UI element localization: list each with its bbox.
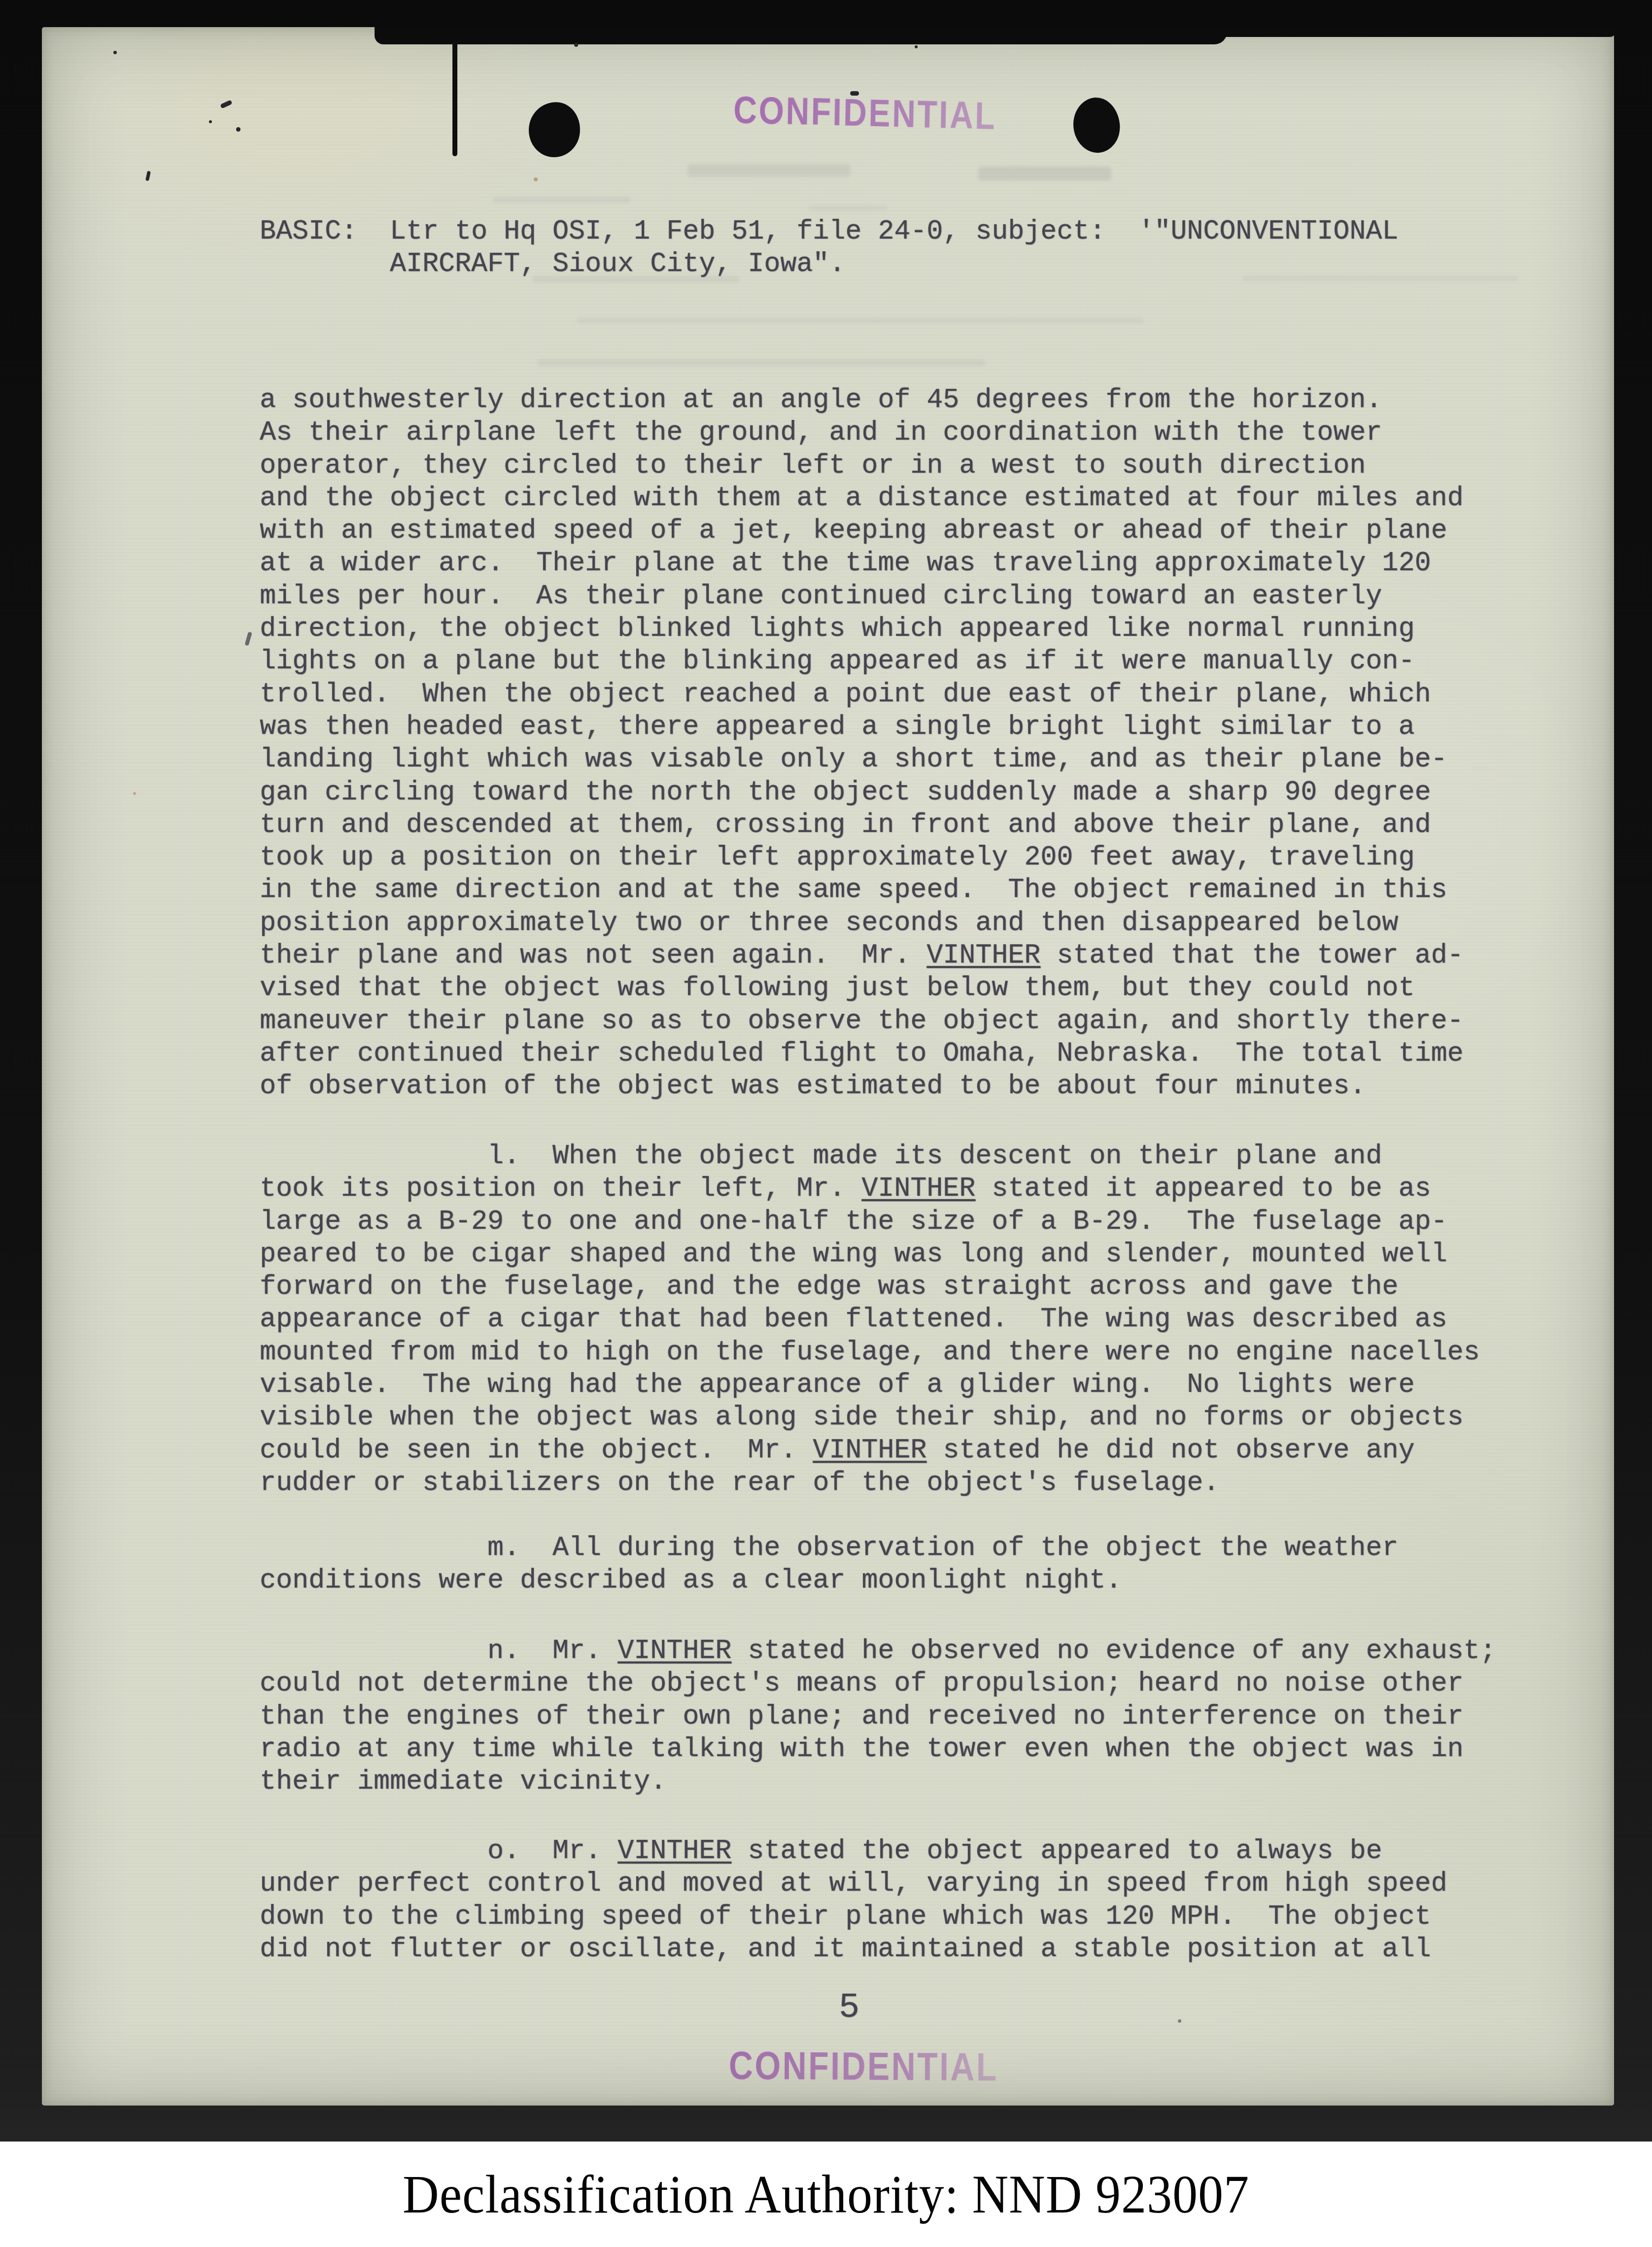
pencil-smudge — [1242, 276, 1518, 281]
basic-reference: BASIC: Ltr to Hq OSI, 1 Feb 51, file 24-… — [260, 215, 1398, 281]
paragraph-continuation: a southwesterly direction at an angle of… — [260, 384, 1463, 1103]
document-page: CONFIDENTIAL CONFIDENTIAL BASIC: Ltr to … — [42, 27, 1614, 2106]
ink-speck — [236, 127, 241, 132]
declassification-text: Declassification Authority: NND 923007 — [403, 2163, 1249, 2225]
paper-fleck — [534, 177, 538, 181]
hole-punch-right — [1070, 95, 1122, 155]
scan-background: CONFIDENTIAL CONFIDENTIAL BASIC: Ltr to … — [0, 0, 1652, 2247]
paragraph-o: o. Mr. VINTHER stated the object appeare… — [260, 1835, 1447, 1966]
pencil-smudge — [688, 164, 850, 177]
hole-punch-left — [525, 99, 584, 160]
ink-speck — [209, 120, 212, 123]
pencil-smudge — [537, 360, 986, 366]
paragraph-n: n. Mr. VINTHER stated he observed no evi… — [260, 1635, 1496, 1798]
ink-speck — [220, 100, 233, 108]
declassification-footer: Declassification Authority: NND 923007 — [0, 2142, 1652, 2247]
ink-speck — [145, 171, 151, 181]
ink-speck — [915, 45, 918, 48]
confidential-stamp-bottom: CONFIDENTIAL — [729, 2043, 998, 2090]
ink-speck — [113, 51, 117, 54]
page-number: 5 — [839, 1990, 860, 2027]
pencil-smudge — [532, 276, 739, 282]
pencil-smudge — [978, 167, 1111, 180]
scan-edge-shadow — [375, 26, 1227, 44]
paragraph-m: m. All during the observation of the obj… — [260, 1532, 1398, 1597]
pencil-smudge — [808, 206, 887, 210]
paper-tear-notch — [452, 42, 457, 156]
ink-speck — [850, 91, 859, 96]
scan-edge-shadow — [1220, 26, 1617, 37]
paper-fleck — [133, 792, 136, 795]
ink-speck — [574, 43, 578, 47]
margin-slash-mark — [244, 631, 252, 646]
pencil-smudge — [493, 197, 631, 203]
ink-speck — [1178, 2019, 1181, 2023]
pencil-smudge — [577, 318, 1143, 323]
paragraph-l: l. When the object made its descent on t… — [260, 1140, 1480, 1499]
confidential-stamp-top: CONFIDENTIAL — [733, 88, 997, 138]
